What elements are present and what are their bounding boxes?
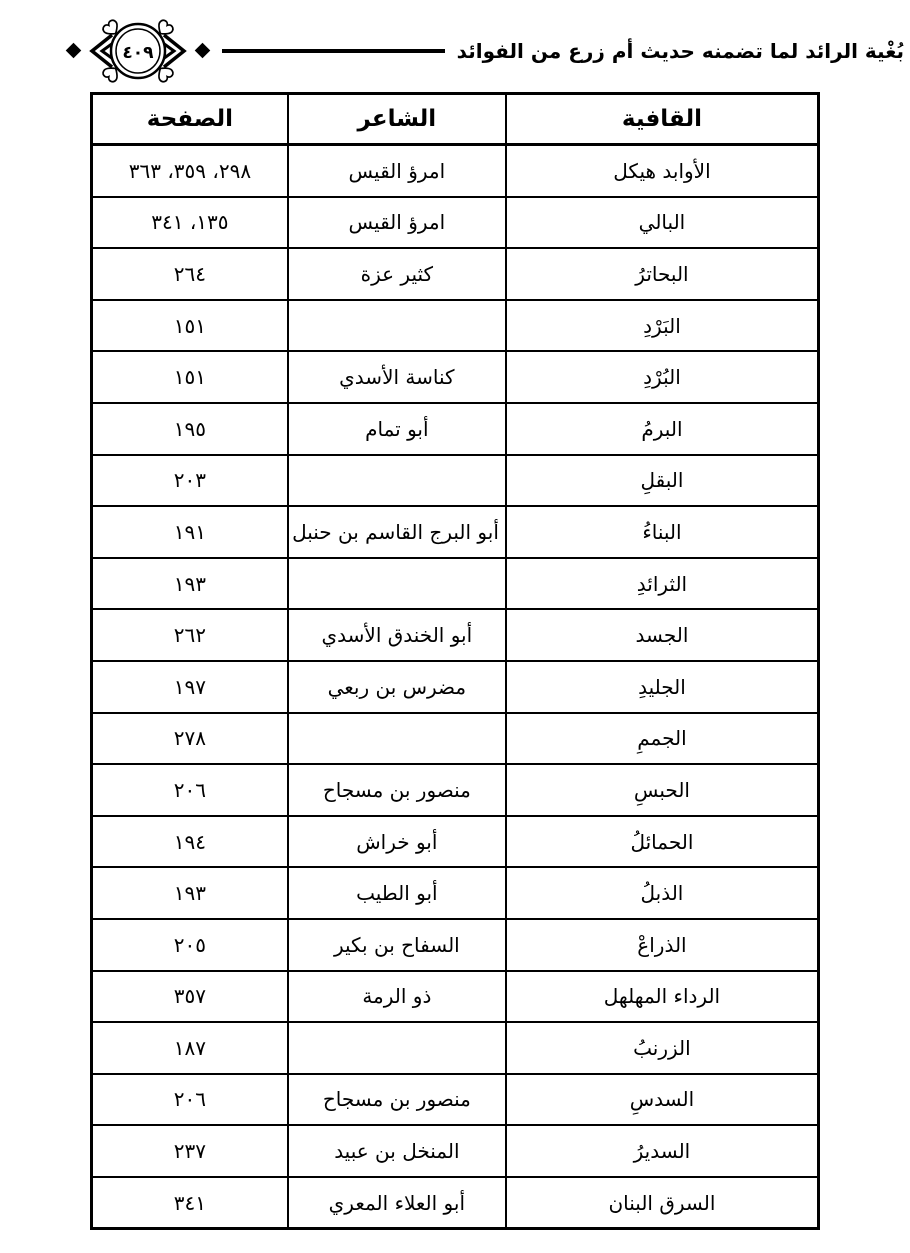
page-cell: ١٩٤ bbox=[92, 816, 288, 868]
poet-cell: أبو خراش bbox=[288, 816, 506, 868]
page-cell: ١٩٣ bbox=[92, 558, 288, 610]
table-row: الحبسِ منصور بن مسجاح ٢٠٦ bbox=[92, 764, 819, 816]
column-header-qafiya: القافية bbox=[506, 94, 819, 145]
qafiya-cell: البحاترُ bbox=[506, 248, 819, 300]
table-row: البقلِ ٢٠٣ bbox=[92, 455, 819, 507]
poet-cell: امرؤ القيس bbox=[288, 145, 506, 197]
poet-cell bbox=[288, 300, 506, 352]
qafiya-cell: البناءُ bbox=[506, 506, 819, 558]
table-row: الثرائدِ ١٩٣ bbox=[92, 558, 819, 610]
qafiya-cell: البقلِ bbox=[506, 455, 819, 507]
table-row: البرمُ أبو تمام ١٩٥ bbox=[92, 403, 819, 455]
page-cell: ١٩١ bbox=[92, 506, 288, 558]
page-cell: ١٩٧ bbox=[92, 661, 288, 713]
qafiya-cell: السديرُ bbox=[506, 1125, 819, 1177]
table-row: السرق البنان أبو العلاء المعري ٣٤١ bbox=[92, 1177, 819, 1229]
qafiya-cell: السرق البنان bbox=[506, 1177, 819, 1229]
qafiya-cell: البالي bbox=[506, 197, 819, 249]
poet-cell bbox=[288, 558, 506, 610]
page-cell: ١٣٥، ٣٤١ bbox=[92, 197, 288, 249]
poet-cell: مضرس بن ربعي bbox=[288, 661, 506, 713]
table-row: الجليدِ مضرس بن ربعي ١٩٧ bbox=[92, 661, 819, 713]
poet-cell bbox=[288, 1022, 506, 1074]
qafiya-cell: الزرنبُ bbox=[506, 1022, 819, 1074]
page-cell: ٢٠٥ bbox=[92, 919, 288, 971]
page-cell: ١٩٣ bbox=[92, 867, 288, 919]
qafiya-cell: الجممِ bbox=[506, 713, 819, 765]
column-header-poet: الشاعر bbox=[288, 94, 506, 145]
poet-cell: امرؤ القيس bbox=[288, 197, 506, 249]
qafiya-cell: البُرْدِ bbox=[506, 351, 819, 403]
table-row: الجممِ ٢٧٨ bbox=[92, 713, 819, 765]
page-cell: ٢٩٨، ٣٥٩، ٣٦٣ bbox=[92, 145, 288, 197]
poet-cell: منصور بن مسجاح bbox=[288, 764, 506, 816]
page-cell: ٣٤١ bbox=[92, 1177, 288, 1229]
poet-cell: السفاح بن بكير bbox=[288, 919, 506, 971]
page-cell: ١٨٧ bbox=[92, 1022, 288, 1074]
page-cell: ٢٠٦ bbox=[92, 764, 288, 816]
poet-cell: أبو العلاء المعري bbox=[288, 1177, 506, 1229]
page-cell: ١٩٥ bbox=[92, 403, 288, 455]
table-row: البناءُ أبو البرج القاسم بن حنبل ١٩١ bbox=[92, 506, 819, 558]
page-number: ٤٠٩ bbox=[122, 43, 154, 63]
qafiya-cell: الحبسِ bbox=[506, 764, 819, 816]
qafiya-cell: الجسد bbox=[506, 609, 819, 661]
table-row: الذراعْ السفاح بن بكير ٢٠٥ bbox=[92, 919, 819, 971]
qafiya-cell: الحمائلُ bbox=[506, 816, 819, 868]
qafiya-cell: الأوابد هيكل bbox=[506, 145, 819, 197]
poet-cell: منصور بن مسجاح bbox=[288, 1074, 506, 1126]
index-table: القافية الشاعر الصفحة الأوابد هيكل امرؤ … bbox=[90, 92, 820, 1230]
table-header-row: القافية الشاعر الصفحة bbox=[92, 94, 819, 145]
qafiya-cell: الثرائدِ bbox=[506, 558, 819, 610]
running-head: ٤٠٩ بُغْية الرائد لما تضمنه حديث أم زرع … bbox=[0, 14, 904, 88]
qafiya-cell: الذراعْ bbox=[506, 919, 819, 971]
page-cell: ١٥١ bbox=[92, 300, 288, 352]
qafiya-cell: البَرْدِ bbox=[506, 300, 819, 352]
page-cell: ١٥١ bbox=[92, 351, 288, 403]
poet-cell: كثير عزة bbox=[288, 248, 506, 300]
header-rule bbox=[222, 49, 445, 53]
table-row: الزرنبُ ١٨٧ bbox=[92, 1022, 819, 1074]
poet-cell bbox=[288, 713, 506, 765]
qafiya-cell: السدسِ bbox=[506, 1074, 819, 1126]
table-row: البُرْدِ كناسة الأسدي ١٥١ bbox=[92, 351, 819, 403]
qafiya-cell: الرداء المهلهل bbox=[506, 971, 819, 1023]
page-cell: ٢٠٣ bbox=[92, 455, 288, 507]
table-row: السديرُ المنخل بن عبيد ٢٣٧ bbox=[92, 1125, 819, 1177]
poet-cell: أبو تمام bbox=[288, 403, 506, 455]
qafiya-cell: البرمُ bbox=[506, 403, 819, 455]
index-table-container: القافية الشاعر الصفحة الأوابد هيكل امرؤ … bbox=[90, 92, 820, 1230]
book-page: ٤٠٩ بُغْية الرائد لما تضمنه حديث أم زرع … bbox=[0, 0, 910, 1253]
index-table-body: الأوابد هيكل امرؤ القيس ٢٩٨، ٣٥٩، ٣٦٣ ال… bbox=[92, 145, 819, 1229]
page-cell: ٢٧٨ bbox=[92, 713, 288, 765]
page-cell: ٢٠٦ bbox=[92, 1074, 288, 1126]
poet-cell bbox=[288, 455, 506, 507]
table-row: الذبلُ أبو الطيب ١٩٣ bbox=[92, 867, 819, 919]
column-header-page: الصفحة bbox=[92, 94, 288, 145]
qafiya-cell: الجليدِ bbox=[506, 661, 819, 713]
poet-cell: ذو الرمة bbox=[288, 971, 506, 1023]
table-row: الحمائلُ أبو خراش ١٩٤ bbox=[92, 816, 819, 868]
poet-cell: أبو الطيب bbox=[288, 867, 506, 919]
table-row: الجسد أبو الخندق الأسدي ٢٦٢ bbox=[92, 609, 819, 661]
table-row: البالي امرؤ القيس ١٣٥، ٣٤١ bbox=[92, 197, 819, 249]
page-cell: ٣٥٧ bbox=[92, 971, 288, 1023]
book-title: بُغْية الرائد لما تضمنه حديث أم زرع من ا… bbox=[455, 39, 904, 63]
poet-cell: كناسة الأسدي bbox=[288, 351, 506, 403]
table-row: الأوابد هيكل امرؤ القيس ٢٩٨، ٣٥٩، ٣٦٣ bbox=[92, 145, 819, 197]
page-number-ornament-icon: ٤٠٩ bbox=[56, 16, 220, 86]
page-cell: ٢٦٤ bbox=[92, 248, 288, 300]
table-row: البَرْدِ ١٥١ bbox=[92, 300, 819, 352]
qafiya-cell: الذبلُ bbox=[506, 867, 819, 919]
page-cell: ٢٣٧ bbox=[92, 1125, 288, 1177]
table-row: الرداء المهلهل ذو الرمة ٣٥٧ bbox=[92, 971, 819, 1023]
table-row: البحاترُ كثير عزة ٢٦٤ bbox=[92, 248, 819, 300]
poet-cell: أبو البرج القاسم بن حنبل bbox=[288, 506, 506, 558]
page-cell: ٢٦٢ bbox=[92, 609, 288, 661]
poet-cell: المنخل بن عبيد bbox=[288, 1125, 506, 1177]
table-row: السدسِ منصور بن مسجاح ٢٠٦ bbox=[92, 1074, 819, 1126]
poet-cell: أبو الخندق الأسدي bbox=[288, 609, 506, 661]
